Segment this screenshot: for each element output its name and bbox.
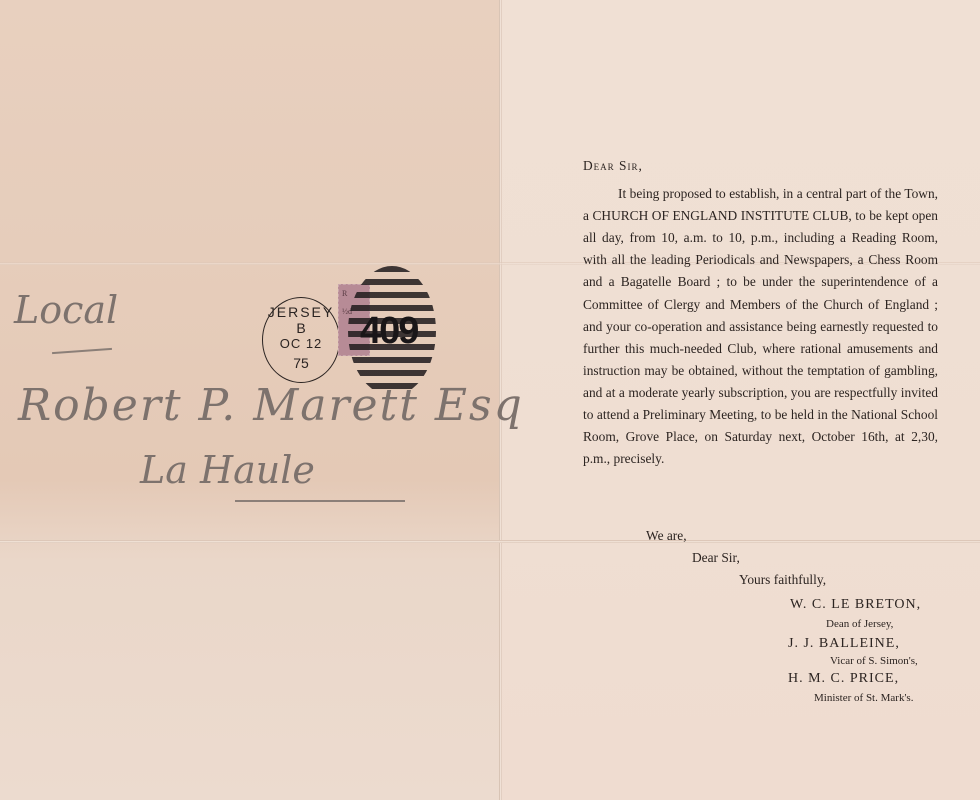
cancel-number: 409 [360, 310, 417, 353]
postmark-date: OC 12 [263, 336, 339, 351]
letter-text: Dear Sir, It being proposed to establish… [583, 155, 938, 470]
letter-body: It being proposed to establish, in a cen… [583, 183, 938, 470]
postmark-town: JERSEY [263, 304, 339, 320]
salutation: Dear Sir, [583, 155, 938, 177]
signatory-name: J. J. BALLEINE, [788, 636, 900, 652]
closing-we-are: We are, [646, 528, 687, 544]
signatory-name: H. M. C. PRICE, [788, 671, 899, 687]
signatory-title: Minister of St. Mark's. [814, 692, 913, 704]
signatory-name: W. C. LE BRETON, [790, 597, 921, 613]
signatory-title: Dean of Jersey, [826, 618, 893, 630]
signatory-title: Vicar of S. Simon's, [830, 655, 918, 667]
postmark: JERSEY B OC 12 75 [262, 297, 340, 383]
closing-yours-faithfully: Yours faithfully, [739, 572, 826, 588]
stamp-corner-letter: R [342, 289, 347, 298]
postmark-year: 75 [263, 355, 339, 371]
handwritten-address: La Haule [140, 448, 315, 492]
handwritten-local: Local [14, 288, 118, 332]
address-underline [235, 500, 405, 502]
handwritten-addressee: Robert P. Marett Esq [18, 380, 524, 431]
horizontal-fold-lower [0, 540, 980, 543]
postmark-code: B [263, 320, 339, 336]
closing-dear-sir: Dear Sir, [692, 550, 740, 566]
